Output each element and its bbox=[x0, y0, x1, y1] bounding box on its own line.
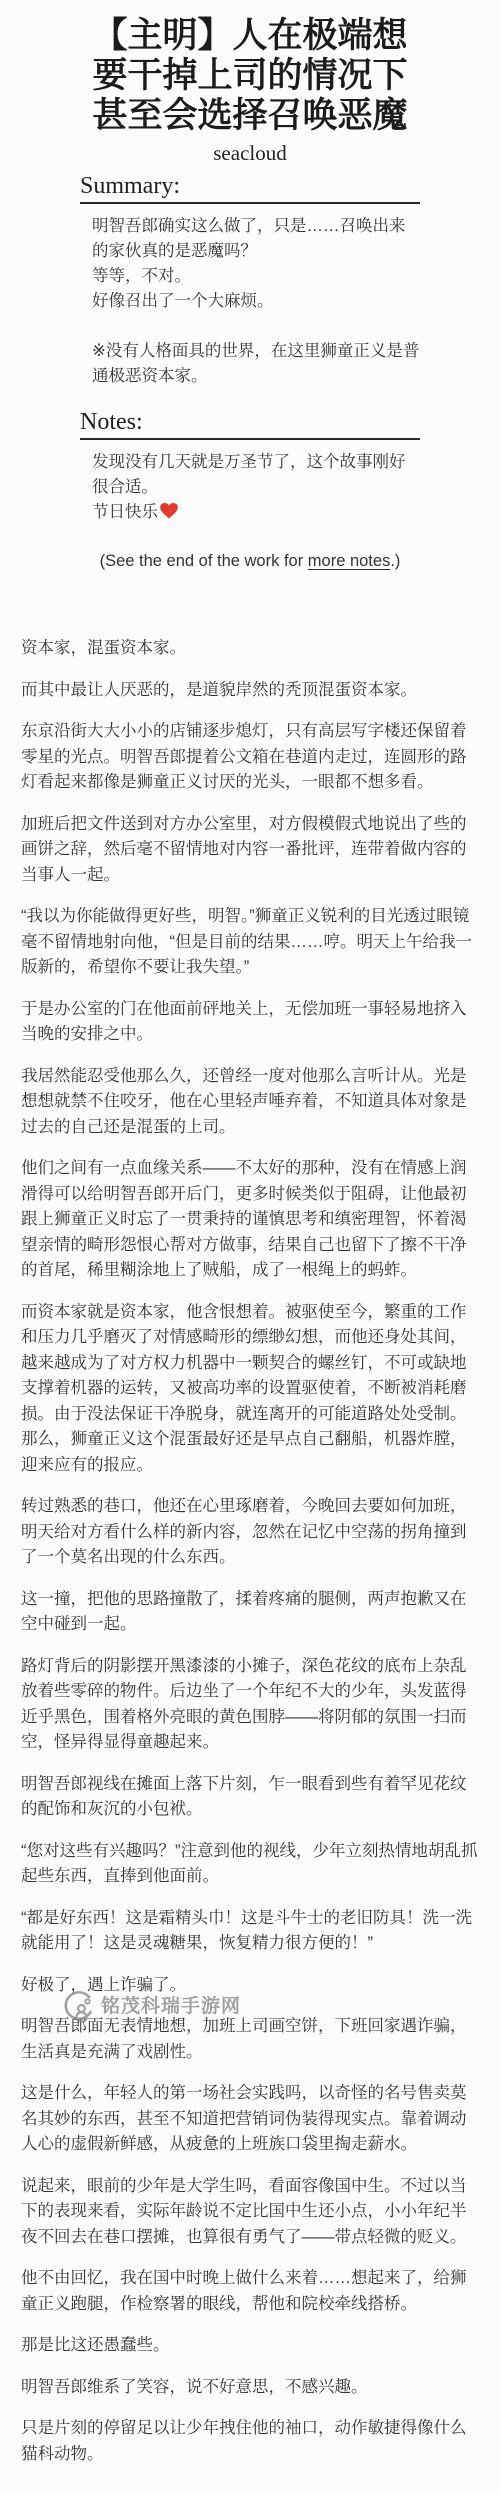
story-paragraph: “我以为你能做得更好些，明智。”狮童正义锐利的目光透过眼镜毫不留情地射向他，“但… bbox=[21, 904, 479, 981]
summary-note-line: ※没有人格面具的世界，在这里狮童正义是普通极恶资本家。 bbox=[92, 339, 420, 389]
summary-heading: Summary: bbox=[80, 175, 420, 204]
story-paragraph: 东京沿街大大小小的店铺逐步熄灯，只有高层写字楼还保留着零星的光点。明智吾郎提着公… bbox=[21, 719, 479, 796]
story-paragraph: 他们之间有一点血缘关系——不太好的那种，没有在情感上润滑得可以给明智吾郎开后门，… bbox=[21, 1156, 479, 1284]
story-paragraph: 那是比这还愚蠢些。 bbox=[21, 2333, 479, 2359]
story-paragraph: 路灯背后的阴影摆开黑漆漆的小摊子，深色花纹的底布上杂乱放着些零碎的物件。后边坐了… bbox=[21, 1654, 479, 1756]
work-page: 【主明】人在极端想 要干掉上司的情况下 甚至会选择召唤恶魔 seacloud S… bbox=[0, 0, 500, 2495]
summary-module: Summary: 明智吾郎确实这么做了，只是……召唤出来的家伙真的是恶魔吗？ 等… bbox=[80, 175, 420, 389]
more-notes-link[interactable]: more notes bbox=[308, 552, 391, 570]
paragraph-with-watermark: 好极了，遇上诈骗了。 铭茂科瑞手游网 bbox=[21, 1973, 479, 1999]
summary-content: 明智吾郎确实这么做了，只是……召唤出来的家伙真的是恶魔吗？ 等等，不对。 好像召… bbox=[92, 214, 420, 389]
summary-line: 好像召出了一个大麻烦。 bbox=[92, 289, 420, 314]
see-end-note: (See the end of the work for more notes.… bbox=[80, 549, 420, 574]
work-title-line: 甚至会选择召唤恶魔 bbox=[10, 96, 490, 136]
story-paragraph: 加班后把文件送到对方办公室里，对方假模假式地说出了些的画饼之辞，然后毫不留情地对… bbox=[21, 812, 479, 889]
story-paragraph: “您对这些有兴趣吗？”注意到他的视线，少年立刻热情地胡乱抓起些东西，直捧到他面前… bbox=[21, 1839, 479, 1890]
story-paragraph: 这是什么，年轻人的第一场社会实践吗，以奇怪的名号售卖莫名其妙的东西，甚至不知道把… bbox=[21, 2081, 479, 2158]
author-byline: seacloud bbox=[0, 141, 500, 165]
story-paragraph: 明智吾郎维系了笑容，说不好意思，不感兴趣。 bbox=[21, 2375, 479, 2401]
work-title: 【主明】人在极端想 要干掉上司的情况下 甚至会选择召唤恶魔 bbox=[10, 16, 490, 136]
summary-line: 等等，不对。 bbox=[92, 264, 420, 289]
notes-line: 发现没有几天就是万圣节了，这个故事刚好很合适。 bbox=[92, 450, 420, 500]
story-paragraph: 而资本家就是资本家，他含恨想着。被驱使至今，繁重的工作和压力几乎磨灭了对情感畸形… bbox=[21, 1300, 479, 1479]
story-paragraph: 于是办公室的门在他面前砰地关上，无偿加班一事轻易地挤入当晚的安排之中。 bbox=[21, 997, 479, 1048]
heart-icon bbox=[160, 502, 178, 518]
story-paragraph: 而其中最让人厌恶的，是道貌岸然的秃顶混蛋资本家。 bbox=[21, 678, 479, 704]
story-paragraph: 转过熟悉的巷口，他还在心里琢磨着，今晚回去要如何加班，明天给对方看什么样的新内容… bbox=[21, 1494, 479, 1571]
work-preface: Summary: 明智吾郎确实这么做了，只是……召唤出来的家伙真的是恶魔吗？ 等… bbox=[80, 175, 420, 574]
work-text: 资本家，混蛋资本家。 而其中最让人厌恶的，是道貌岸然的秃顶混蛋资本家。 东京沿街… bbox=[21, 636, 479, 2495]
story-paragraph: 明智吾郎面无表情地想，加班上司画空饼，下班回家遇诈骗，生活真是充满了戏剧性。 bbox=[21, 2014, 479, 2065]
work-title-line: 要干掉上司的情况下 bbox=[10, 56, 490, 96]
story-paragraph: “都是好东西！这是霜精头巾！这是斗牛士的老旧防具！洗一洗就能用了！这是灵魂糖果，… bbox=[21, 1906, 479, 1957]
notes-module: Notes: 发现没有几天就是万圣节了，这个故事刚好很合适。 节日快乐 (See… bbox=[80, 411, 420, 574]
notes-heading: Notes: bbox=[80, 411, 420, 440]
story-paragraph: 他不由回忆，我在国中时晚上做什么来着……想起来了，给狮童正义跑腿，作检察署的眼线… bbox=[21, 2266, 479, 2317]
story-paragraph: 说起来，眼前的少年是大学生吗，看面容像国中生。不过以当下的表现来看，实际年龄说不… bbox=[21, 2174, 479, 2251]
notes-content: 发现没有几天就是万圣节了，这个故事刚好很合适。 节日快乐 bbox=[92, 450, 420, 525]
notes-line: 节日快乐 bbox=[92, 500, 420, 525]
story-paragraph: 只是片刻的停留足以让少年拽住他的袖口，动作敏捷得像什么猫科动物。 bbox=[21, 2416, 479, 2467]
story-paragraph: 这一撞，把他的思路撞散了，揉着疼痛的腿侧，两声抱歉又在空中碰到一起。 bbox=[21, 1587, 479, 1638]
story-paragraph: 我居然能忍受他那么久，还曾经一度对他那么言听计从。光是想想就禁不住咬牙，他在心里… bbox=[21, 1064, 479, 1141]
story-paragraph: 明智吾郎视线在摊面上落下片刻，乍一眼看到些有着罕见花纹的配饰和灰沉的小包袱。 bbox=[21, 1772, 479, 1823]
story-paragraph: 好极了，遇上诈骗了。 bbox=[21, 1973, 479, 1999]
summary-line: 明智吾郎确实这么做了，只是……召唤出来的家伙真的是恶魔吗？ bbox=[92, 214, 420, 264]
work-title-line: 【主明】人在极端想 bbox=[10, 16, 490, 56]
story-paragraph: 资本家，混蛋资本家。 bbox=[21, 636, 479, 662]
